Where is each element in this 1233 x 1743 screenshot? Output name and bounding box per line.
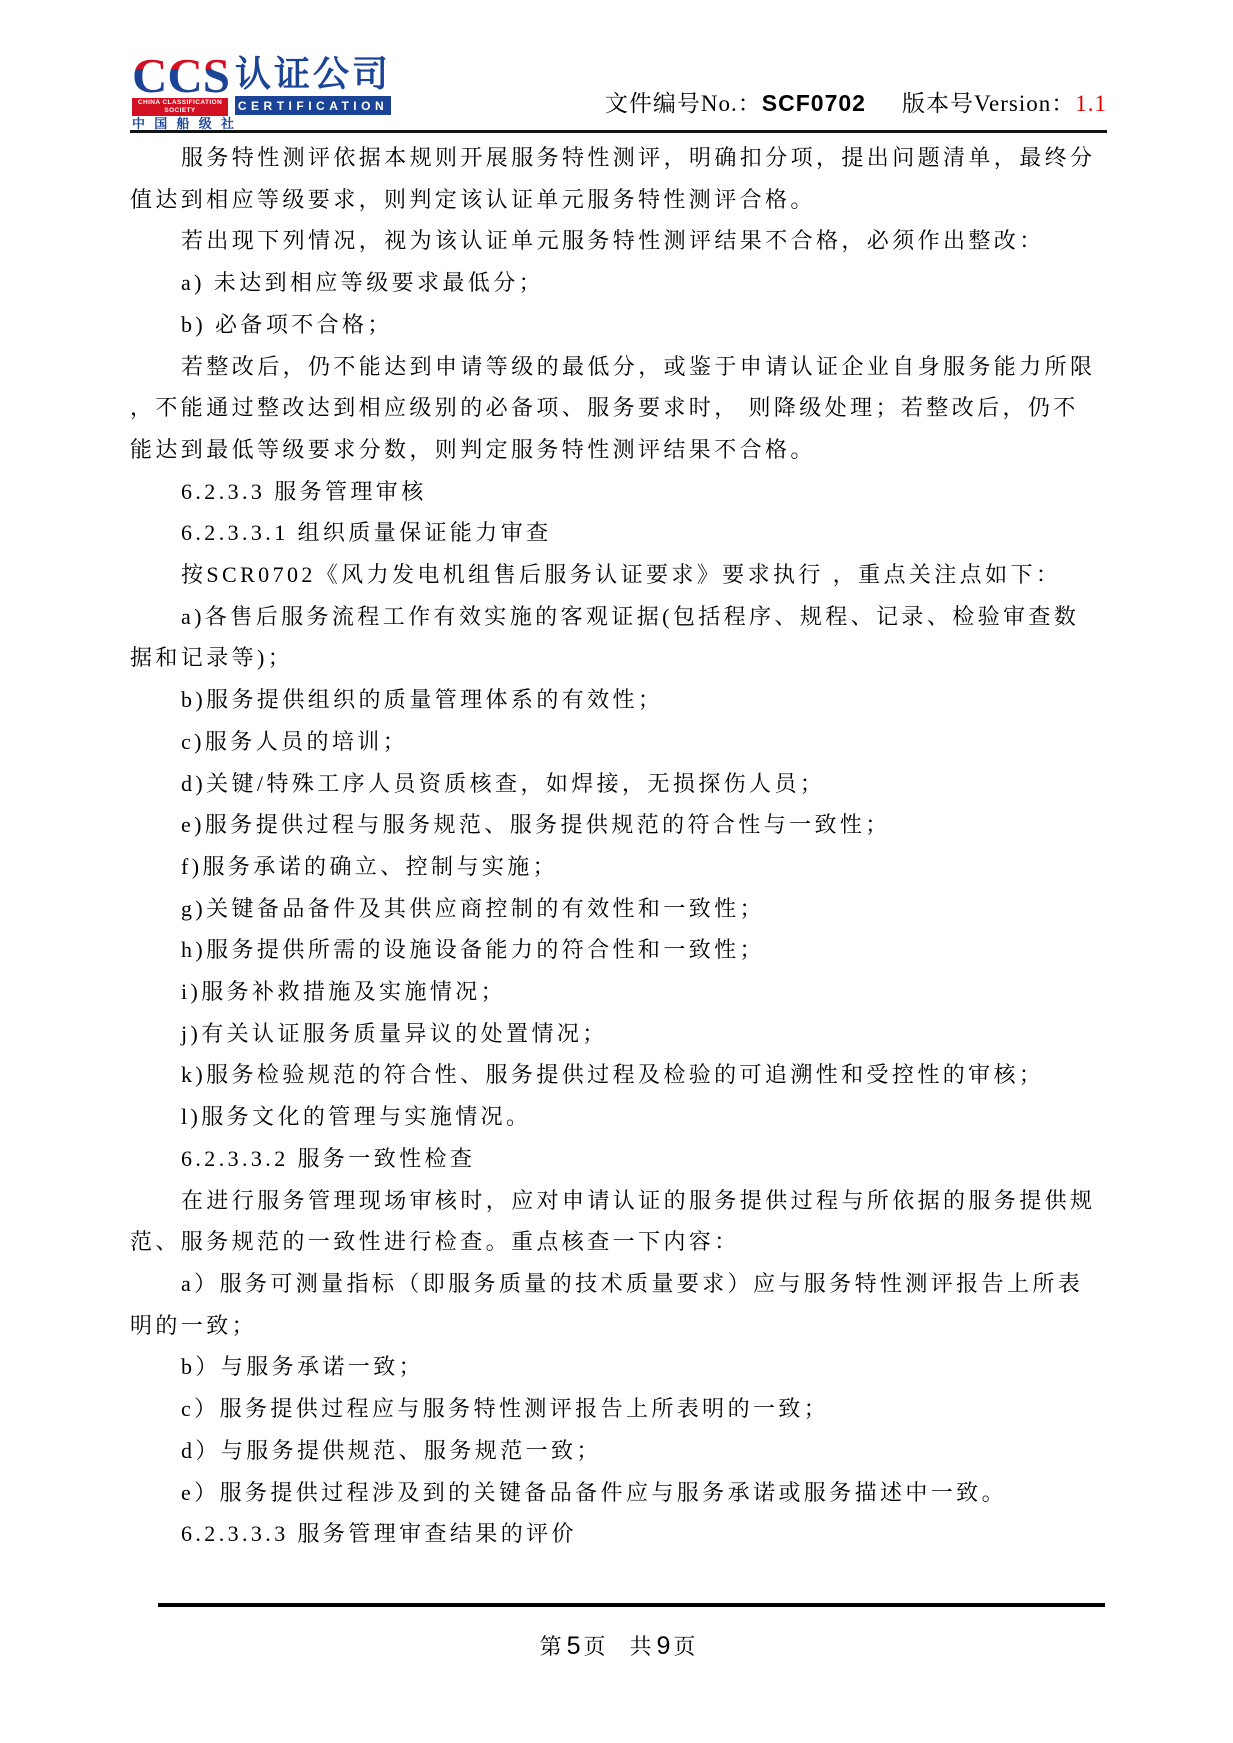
body-line: g)关键备品备件及其供应商控制的有效性和一致性； bbox=[130, 888, 1107, 930]
body-line: 在进行服务管理现场审核时，应对申请认证的服务提供过程与所依据的服务提供规 bbox=[130, 1180, 1107, 1222]
body-line: 值达到相应等级要求，则判定该认证单元服务特性测评合格。 bbox=[130, 179, 1107, 221]
body-line: i)服务补救措施及实施情况； bbox=[130, 971, 1107, 1013]
body-line: l)服务文化的管理与实施情况。 bbox=[130, 1096, 1107, 1138]
footer-rule bbox=[158, 1603, 1105, 1607]
body-line: 若整改后，仍不能达到申请等级的最低分，或鉴于申请认证企业自身服务能力所限 bbox=[130, 346, 1107, 388]
document-body: 服务特性测评依据本规则开展服务特性测评，明确扣分项，提出问题清单，最终分值达到相… bbox=[130, 137, 1107, 1555]
body-line: b）与服务承诺一致； bbox=[130, 1346, 1107, 1388]
body-line: 6.2.3.3 服务管理审核 bbox=[130, 471, 1107, 513]
body-line: 6.2.3.3.2 服务一致性检查 bbox=[130, 1138, 1107, 1180]
page-footer: 第5页共9页 bbox=[130, 1630, 1107, 1661]
page-label-prefix: 第 bbox=[540, 1634, 564, 1659]
certification-en-label: CERTIFICATION bbox=[235, 96, 391, 115]
version-label: 版本号Version： bbox=[902, 91, 1075, 116]
body-line: a)各售后服务流程工作有效实施的客观证据(包括程序、规程、记录、检验审查数 bbox=[130, 596, 1107, 638]
body-line: b) 必备项不合格； bbox=[130, 304, 1107, 346]
body-line: 据和记录等)； bbox=[130, 637, 1107, 679]
document-page: CCS CHINA CLASSIFICATION SOCIETY 中 国 船 级… bbox=[0, 0, 1233, 1743]
body-line: h)服务提供所需的设施设备能力的符合性和一致性； bbox=[130, 929, 1107, 971]
document-info: 文件编号No.：SCF0702版本号Version：1.1 bbox=[605, 85, 1107, 118]
body-line: 明的一致； bbox=[130, 1305, 1107, 1347]
body-line: 6.2.3.3.3 服务管理审查结果的评价 bbox=[130, 1513, 1107, 1555]
doc-number-value: SCF0702 bbox=[762, 90, 866, 116]
body-line: c)服务人员的培训； bbox=[130, 721, 1107, 763]
ccs-logo-right: 认证公司 CERTIFICATION bbox=[235, 54, 391, 115]
body-line: e)服务提供过程与服务规范、服务提供规范的符合性与一致性； bbox=[130, 804, 1107, 846]
body-line: a）服务可测量指标（即服务质量的技术质量要求）应与服务特性测评报告上所表 bbox=[130, 1263, 1107, 1305]
ccs-logo-text: CCS bbox=[132, 54, 228, 98]
ccs-logo: CCS CHINA CLASSIFICATION SOCIETY 中 国 船 级… bbox=[132, 54, 391, 132]
version-value: 1.1 bbox=[1075, 91, 1107, 116]
page-label-total: 共 bbox=[630, 1634, 654, 1659]
current-page-number: 5 bbox=[564, 1632, 584, 1660]
page-label-ye1: 页 bbox=[583, 1634, 607, 1659]
body-line: c）服务提供过程应与服务特性测评报告上所表明的一致； bbox=[130, 1388, 1107, 1430]
body-line: 若出现下列情况，视为该认证单元服务特性测评结果不合格，必须作出整改： bbox=[130, 220, 1107, 262]
body-line: d）与服务提供规范、服务规范一致； bbox=[130, 1430, 1107, 1472]
body-line: k)服务检验规范的符合性、服务提供过程及检验的可追溯性和受控性的审核； bbox=[130, 1054, 1107, 1096]
body-line: 范、服务规范的一致性进行检查。重点核查一下内容： bbox=[130, 1221, 1107, 1263]
header-rule bbox=[130, 130, 1107, 133]
body-line: j)有关认证服务质量异议的处置情况； bbox=[130, 1013, 1107, 1055]
doc-number-label: 文件编号No.： bbox=[605, 91, 762, 116]
body-line: 服务特性测评依据本规则开展服务特性测评，明确扣分项，提出问题清单，最终分 bbox=[130, 137, 1107, 179]
certification-cn-label: 认证公司 bbox=[235, 54, 391, 94]
body-line: f)服务承诺的确立、控制与实施； bbox=[130, 846, 1107, 888]
document-header: CCS CHINA CLASSIFICATION SOCIETY 中 国 船 级… bbox=[130, 50, 1107, 132]
body-line: 6.2.3.3.1 组织质量保证能力审查 bbox=[130, 512, 1107, 554]
body-line: b)服务提供组织的质量管理体系的有效性； bbox=[130, 679, 1107, 721]
body-line: d)关键/特殊工序人员资质核查，如焊接，无损探伤人员； bbox=[130, 763, 1107, 805]
page-label-ye2: 页 bbox=[673, 1634, 697, 1659]
total-page-number: 9 bbox=[654, 1632, 674, 1660]
body-line: 按SCR0702《风力发电机组售后服务认证要求》要求执行 ，重点关注点如下： bbox=[130, 554, 1107, 596]
body-line: e）服务提供过程涉及到的关键备品备件应与服务承诺或服务描述中一致。 bbox=[130, 1472, 1107, 1514]
ccs-logo-left: CCS CHINA CLASSIFICATION SOCIETY 中 国 船 级… bbox=[132, 54, 228, 132]
body-line: 能达到最低等级要求分数，则判定服务特性测评结果不合格。 bbox=[130, 429, 1107, 471]
body-line: a) 未达到相应等级要求最低分； bbox=[130, 262, 1107, 304]
ccs-society-en-label: CHINA CLASSIFICATION SOCIETY bbox=[132, 98, 228, 116]
body-line: ，不能通过整改达到相应级别的必备项、服务要求时， 则降级处理；若整改后，仍不 bbox=[130, 387, 1107, 429]
